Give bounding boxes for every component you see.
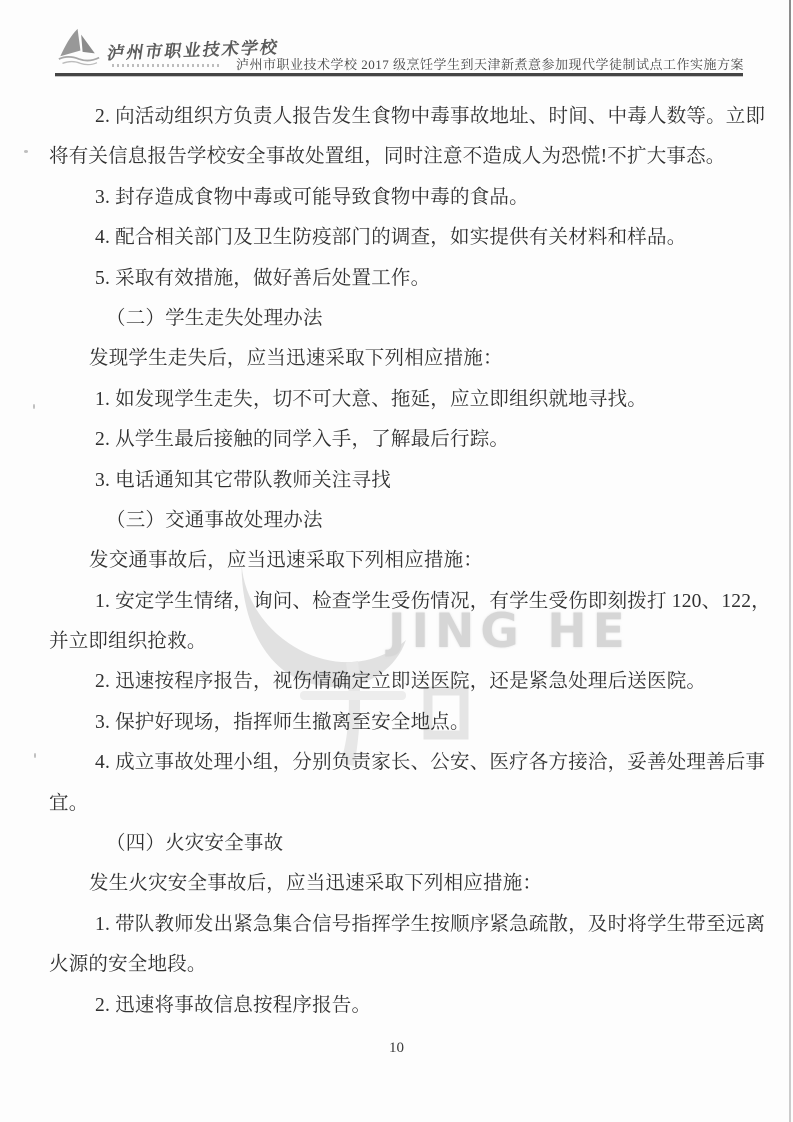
page-number: 10: [0, 1040, 793, 1057]
body-line: 宜。: [49, 784, 761, 824]
body-line: 将有关信息报告学校安全事故处置组，同时注意不造成人为恐慌!不扩大事态。: [49, 137, 761, 177]
body-line: 1. 安定学生情绪，询问、检查学生受伤情况，有学生受伤即刻拨打 120、122，: [49, 582, 761, 622]
body-line: 4. 成立事故处理小组，分别负责家长、公安、医疗各方接洽，妥善处理善后事: [49, 743, 761, 783]
body-line: （三）交通事故处理办法: [49, 501, 761, 541]
body-line: 2. 从学生最后接触的同学入手，了解最后行踪。: [49, 420, 761, 460]
body-line: 3. 保护好现场，指挥师生撤离至安全地点。: [49, 703, 761, 743]
body-line: 1. 如发现学生走失，切不可大意、拖延，应立即组织就地寻找。: [49, 380, 761, 420]
body-line: 发生火灾安全事故后，应当迅速采取下列相应措施：: [49, 864, 761, 904]
body-line: 3. 封存造成食物中毒或可能导致食物中毒的食品。: [49, 178, 761, 218]
body-line: 5. 采取有效措施，做好善后处置工作。: [49, 259, 761, 299]
body-line: 2. 向活动组织方负责人报告发生食物中毒事故地址、时间、中毒人数等。立即: [49, 97, 761, 137]
document-page: JING HE 泸州市职业技术学校 泸州市职业技术学校 2017 级烹饪学生到天…: [0, 0, 793, 1122]
body-line: 火源的安全地段。: [49, 945, 761, 985]
body-line: 3. 电话通知其它带队教师关注寻找: [49, 461, 761, 501]
document-body: 2. 向活动组织方负责人报告发生食物中毒事故地址、时间、中毒人数等。立即将有关信…: [49, 97, 761, 1026]
body-line: （二）学生走失处理办法: [49, 299, 761, 339]
scan-artifact: [24, 150, 28, 153]
body-line: 2. 迅速将事故信息按程序报告。: [49, 986, 761, 1026]
body-line: 1. 带队教师发出紧急集合信号指挥学生按顺序紧急疏散，及时将学生带至远离: [49, 905, 761, 945]
body-line: 发现学生走失后，应当迅速采取下列相应措施：: [49, 339, 761, 379]
body-line: 4. 配合相关部门及卫生防疫部门的调查，如实提供有关材料和样品。: [49, 218, 761, 258]
header-rule: [55, 73, 743, 76]
scan-artifact: [33, 404, 35, 409]
scan-artifact: [34, 753, 36, 758]
body-line: 2. 迅速按程序报告，视伤情确定立即送医院，还是紧急处理后送医院。: [49, 662, 761, 702]
scan-edge-line: [789, 0, 791, 1122]
logo-tagline: [112, 64, 220, 67]
document-header-title: 泸州市职业技术学校 2017 级烹饪学生到天津新煮意参加现代学徒制试点工作实施方…: [222, 54, 744, 73]
sailboat-logo-icon: [56, 24, 102, 74]
body-line: （四）火灾安全事故: [49, 824, 761, 864]
body-line: 发交通事故后，应当迅速采取下列相应措施：: [49, 541, 761, 581]
body-line: 并立即组织抢救。: [49, 622, 761, 662]
